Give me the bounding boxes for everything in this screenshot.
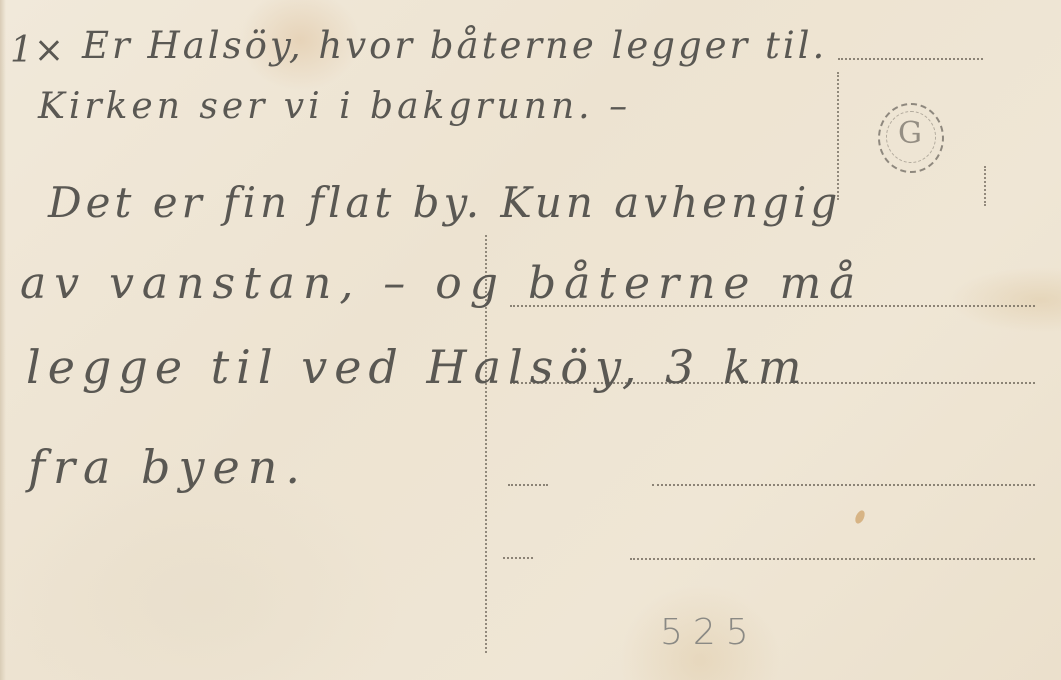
stamp-box-right-border <box>984 166 986 206</box>
stamp-box-top-border <box>838 58 983 60</box>
address-line-3 <box>652 484 1035 486</box>
message-line-4: av vanstan, – og båterne må <box>20 258 863 309</box>
postmark-letter: G <box>898 116 922 151</box>
reference-number: 525 <box>660 612 759 653</box>
address-line-4-prefix <box>503 557 533 559</box>
postcard-back: G 1× Er Halsöy, hvor båterne legger til.… <box>0 0 1061 680</box>
message-line-6: fra byen. <box>28 440 308 494</box>
message-line-1-marker: 1× <box>10 30 65 71</box>
card-edge <box>0 0 6 680</box>
message-line-1: Er Halsöy, hvor båterne legger til. <box>82 24 827 67</box>
address-line-3-prefix <box>508 484 548 486</box>
message-line-3: Det er fin flat by. Kun avhengig <box>48 178 841 227</box>
message-line-2: Kirken ser vi i bakgrunn. – <box>38 86 631 127</box>
message-line-5: legge til ved Halsöy, 3 km <box>26 340 809 394</box>
address-line-4 <box>630 558 1035 560</box>
paper-stain <box>853 509 866 525</box>
